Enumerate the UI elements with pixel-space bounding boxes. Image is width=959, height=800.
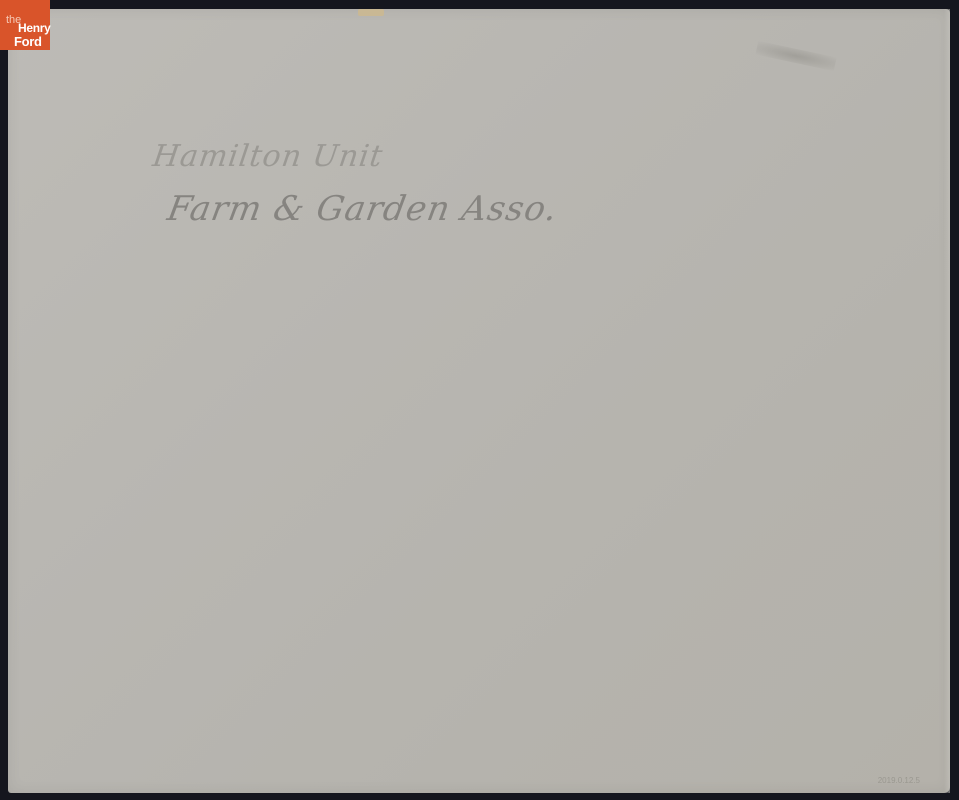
pencil-smudge — [755, 41, 836, 71]
tape-remnant — [358, 9, 384, 16]
mount-board-back: Hamilton Unit Farm & Garden Asso. 2019.0… — [8, 9, 950, 793]
henry-ford-logo: the Henry Ford — [0, 0, 50, 50]
logo-henry: Henry — [18, 22, 51, 34]
logo-ford: Ford — [14, 35, 42, 48]
board-edge — [944, 9, 950, 793]
handwritten-line-2: Farm & Garden Asso. — [164, 189, 560, 229]
accession-number: 2019.0.12.5 — [878, 776, 920, 785]
handwritten-line-1: Hamilton Unit — [151, 139, 386, 174]
